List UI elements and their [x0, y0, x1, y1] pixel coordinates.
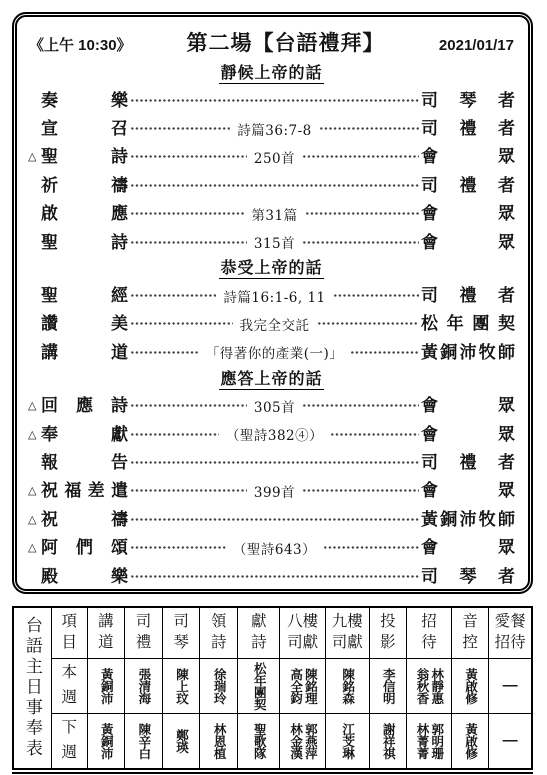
- roster-column-header-text: 講道: [97, 612, 115, 654]
- row-performer-label: 司禮者: [421, 287, 515, 304]
- row-performer-label: 黃銅沛牧師: [421, 344, 515, 361]
- roster-column-header: 八樓司獻: [280, 607, 325, 659]
- person-name: 翁秋香: [415, 668, 428, 704]
- service-date: 2021/01/17: [404, 37, 514, 54]
- row-performer-label: 會眾: [421, 234, 515, 251]
- roster-week1-row: 本週黃銅沛張清海陳上玟徐瑞玲松年團契陳銘理高全鈞陳銘森李信明林靜惠翁秋香黃啟修—: [13, 659, 532, 714]
- roster-week-label: 本週: [51, 659, 87, 714]
- roster-name-cell: 鄭瑛: [163, 714, 200, 770]
- row-prefix-triangle: △: [28, 513, 41, 526]
- row-item-label: 祝禱: [41, 511, 128, 528]
- roster-column-header-text: 投影: [379, 612, 397, 654]
- person-name: 郭燕萍: [304, 723, 317, 759]
- service-row: △祝禱黃銅沛牧師: [27, 505, 516, 533]
- row-item-label: 聖詩: [41, 234, 128, 251]
- person-name: 徐瑞玲: [212, 668, 225, 704]
- service-row: △祝福差遣399首會眾: [27, 477, 516, 505]
- dotted-leader: [130, 182, 419, 189]
- roster-column-header: 講道: [87, 607, 124, 659]
- row-item-label: 祈禱: [41, 177, 128, 194]
- row-item-label: 報告: [41, 454, 128, 471]
- row-prefix-triangle: △: [28, 428, 41, 441]
- dotted-leader: [130, 320, 233, 327]
- roster-name-cell: —: [489, 659, 532, 714]
- roster-name-cell: 陳銘理高全鈞: [280, 659, 325, 714]
- row-center-text: 詩篇16:1-6, 11: [218, 286, 330, 306]
- roster-column-header-text: 九樓司獻: [329, 612, 365, 654]
- service-row: 祈禱司禮者: [27, 171, 516, 199]
- roster-name-cell: 聖歌隊: [238, 714, 280, 770]
- row-performer-label: 會眾: [421, 205, 515, 222]
- name-columns: 松年團契: [238, 662, 279, 710]
- row-performer-label: 會眾: [421, 539, 515, 556]
- row-performer-label: 松年團契: [421, 315, 515, 332]
- section-heading: 靜候上帝的話: [27, 61, 516, 86]
- name-columns: 鄭瑛: [163, 729, 199, 753]
- name-columns: 陳上玟: [163, 668, 199, 704]
- dotted-leader: [302, 239, 419, 246]
- roster-column-header-text: 音控: [461, 612, 479, 654]
- name-columns: 聖歌隊: [238, 723, 279, 759]
- duty-roster: 台語主日事奉表 項目講道司禮司琴領詩獻詩八樓司獻九樓司獻投影招待音控愛餐招待 本…: [12, 606, 533, 774]
- service-row: △回應詩305首會眾: [27, 392, 516, 420]
- person-name: 陳辛白: [137, 723, 150, 759]
- name-columns: —: [489, 678, 531, 693]
- row-item-label: 讚美: [41, 315, 128, 332]
- dotted-leader: [130, 402, 247, 409]
- row-center-text: 315首: [249, 232, 300, 252]
- person-name: 林靜惠: [430, 668, 443, 704]
- row-item-label: 阿們頌: [41, 539, 128, 556]
- person-name: 松年團契: [253, 662, 266, 710]
- section-heading-text: 應答上帝的話: [219, 371, 323, 390]
- roster-name-cell: 陳銘森: [325, 659, 369, 714]
- row-item-label: 講道: [41, 344, 128, 361]
- row-item-label: 奏樂: [41, 92, 128, 109]
- name-columns: 張清海: [125, 668, 162, 704]
- person-name: 聖歌隊: [253, 723, 266, 759]
- roster-week2-row: 下週黃銅沛陳辛白鄭瑛林恩植聖歌隊郭燕萍林金漢江芠琳謝祥祺郭明珊林菁菁黃啟修—: [13, 714, 532, 770]
- dotted-leader: [350, 349, 419, 356]
- roster-week-label-text: 下週: [60, 716, 78, 766]
- roster-header-row: 台語主日事奉表 項目講道司禮司琴領詩獻詩八樓司獻九樓司獻投影招待音控愛餐招待: [13, 607, 532, 659]
- roster-name-cell: 黃啟修: [452, 659, 489, 714]
- roster-name-cell: 張清海: [124, 659, 162, 714]
- name-columns: 郭明珊林菁菁: [407, 723, 451, 759]
- person-name: 林金漢: [289, 723, 302, 759]
- roster-week-label: 下週: [51, 714, 87, 770]
- row-item-label: 啟應: [41, 205, 128, 222]
- roster-week-label-text: 本週: [60, 661, 78, 711]
- row-center-text: 「得著你的產業(一)」: [201, 342, 349, 362]
- dotted-leader: [130, 544, 226, 551]
- roster-column-header-text: 八樓司獻: [285, 612, 321, 654]
- roster-column-header: 領詩: [200, 607, 238, 659]
- roster-name-cell: 林恩植: [200, 714, 238, 770]
- name-columns: 黃銅沛: [88, 723, 124, 759]
- dotted-leader: [319, 125, 419, 132]
- person-name: 鄭瑛: [175, 729, 188, 753]
- row-center-text: 305首: [249, 396, 300, 416]
- service-row: 講道「得著你的產業(一)」黃銅沛牧師: [27, 338, 516, 366]
- row-center-text: （聖詩382④）: [221, 424, 328, 444]
- row-center-text: 詩篇36:7-8: [232, 119, 316, 139]
- service-row: 奏樂司琴者: [27, 86, 516, 114]
- name-columns: 李信明: [370, 668, 406, 704]
- roster-column-header-text: 司禮: [135, 612, 153, 654]
- roster-title-text: 台語主日事奉表: [24, 616, 41, 760]
- dotted-leader: [130, 292, 216, 299]
- roster-column-header: 九樓司獻: [325, 607, 369, 659]
- person-name: 江芠琳: [341, 723, 354, 759]
- name-columns: —: [489, 733, 531, 748]
- person-name: 林恩植: [212, 723, 225, 759]
- empty-dash: —: [503, 678, 518, 693]
- roster-name-cell: 陳上玟: [163, 659, 200, 714]
- row-center-text: （聖詩643）: [228, 538, 321, 558]
- person-name: 陳銘理: [304, 668, 317, 704]
- row-center-text: 第31篇: [246, 204, 302, 224]
- row-prefix-triangle: △: [28, 399, 41, 412]
- roster-name-cell: 郭燕萍林金漢: [280, 714, 325, 770]
- dotted-leader: [302, 402, 419, 409]
- name-columns: 林靜惠翁秋香: [407, 668, 451, 704]
- person-name: 黃啟修: [464, 668, 477, 704]
- empty-dash: —: [503, 733, 518, 748]
- person-name: 陳上玟: [175, 668, 188, 704]
- row-item-label: 聖經: [41, 287, 128, 304]
- name-columns: 謝祥祺: [370, 723, 406, 759]
- person-name: 高全鈞: [289, 668, 302, 704]
- name-columns: 林恩植: [200, 723, 237, 759]
- row-item-label: 聖詩: [41, 148, 128, 165]
- section-heading: 恭受上帝的話: [27, 256, 516, 281]
- row-item-label: 奉獻: [41, 426, 128, 443]
- roster-name-cell: 謝祥祺: [369, 714, 406, 770]
- person-name: 謝祥祺: [382, 723, 395, 759]
- roster-name-cell: 黃銅沛: [87, 659, 124, 714]
- dotted-leader: [130, 516, 419, 523]
- service-title: 第二場【台語禮拜】: [167, 27, 404, 57]
- dotted-leader: [130, 239, 247, 246]
- dotted-leader: [130, 153, 247, 160]
- row-center-text: 我完全交託: [235, 314, 315, 334]
- person-name: 黃銅沛: [99, 723, 112, 759]
- roster-name-cell: 林靜惠翁秋香: [406, 659, 451, 714]
- person-name: 黃銅沛: [99, 668, 112, 704]
- dotted-leader: [323, 544, 419, 551]
- name-columns: 黃啟修: [452, 723, 488, 759]
- dotted-leader: [330, 431, 419, 438]
- row-center-text: 399首: [249, 481, 300, 501]
- name-columns: 陳銘森: [326, 668, 369, 704]
- person-name: 李信明: [382, 668, 395, 704]
- service-row: △聖詩250首會眾: [27, 143, 516, 171]
- card-header: 《上午 10:30》 第二場【台語禮拜】 2021/01/17: [29, 27, 514, 57]
- service-row: △奉獻（聖詩382④）會眾: [27, 420, 516, 448]
- roster-column-header: 愛餐招待: [489, 607, 532, 659]
- row-performer-label: 會眾: [421, 397, 515, 414]
- roster-title-cell: 台語主日事奉表: [13, 607, 51, 769]
- roster-name-cell: 徐瑞玲: [200, 659, 238, 714]
- dotted-leader: [333, 292, 419, 299]
- name-columns: 陳銘理高全鈞: [280, 668, 324, 704]
- roster-column-header-text: 招待: [420, 612, 438, 654]
- roster-name-cell: 黃銅沛: [87, 714, 124, 770]
- dotted-leader: [130, 487, 247, 494]
- roster-column-header: 獻詩: [238, 607, 280, 659]
- row-prefix-triangle: △: [28, 484, 41, 497]
- roster-column-header: 項目: [51, 607, 87, 659]
- service-row: 聖經詩篇16:1-6, 11司禮者: [27, 281, 516, 309]
- name-columns: 郭燕萍林金漢: [280, 723, 324, 759]
- dotted-leader: [305, 210, 419, 217]
- row-prefix-triangle: △: [28, 541, 41, 554]
- person-name: 陳銘森: [341, 668, 354, 704]
- row-performer-label: 司琴者: [421, 92, 515, 109]
- roster-column-header: 司禮: [124, 607, 162, 659]
- service-program-card: 《上午 10:30》 第二場【台語禮拜】 2021/01/17 靜候上帝的話奏樂…: [12, 12, 533, 594]
- roster-name-cell: 江芠琳: [325, 714, 369, 770]
- roster-column-header: 招待: [406, 607, 451, 659]
- bulletin-page: 《上午 10:30》 第二場【台語禮拜】 2021/01/17 靜候上帝的話奏樂…: [0, 0, 547, 775]
- roster-column-header-text: 獻詩: [250, 612, 268, 654]
- service-sections: 靜候上帝的話奏樂司琴者宣召詩篇36:7-8司禮者△聖詩250首會眾祈禱司禮者啟應…: [27, 61, 516, 590]
- roster-column-header-text: 領詩: [210, 612, 228, 654]
- section-heading: 應答上帝的話: [27, 367, 516, 392]
- row-performer-label: 會眾: [421, 148, 515, 165]
- person-name: 郭明珊: [430, 723, 443, 759]
- roster-table: 台語主日事奉表 項目講道司禮司琴領詩獻詩八樓司獻九樓司獻投影招待音控愛餐招待 本…: [12, 606, 533, 770]
- roster-name-cell: —: [489, 714, 532, 770]
- row-item-label: 宣召: [41, 120, 128, 137]
- service-row: 宣召詩篇36:7-8司禮者: [27, 114, 516, 142]
- row-item-label: 殿樂: [41, 568, 128, 585]
- roster-column-header: 音控: [452, 607, 489, 659]
- dotted-leader: [302, 487, 419, 494]
- row-performer-label: 司禮者: [421, 454, 515, 471]
- service-row: 啟應第31篇會眾: [27, 200, 516, 228]
- row-performer-label: 司琴者: [421, 568, 515, 585]
- name-columns: 江芠琳: [326, 723, 369, 759]
- roster-column-header-text: 項目: [60, 612, 78, 654]
- person-name: 張清海: [137, 668, 150, 704]
- roster-name-cell: 黃啟修: [452, 714, 489, 770]
- row-item-label: 回應詩: [41, 397, 128, 414]
- service-time: 《上午 10:30》: [29, 34, 167, 55]
- roster-column-header: 司琴: [163, 607, 200, 659]
- service-row: 報告司禮者: [27, 448, 516, 476]
- dotted-leader: [302, 153, 419, 160]
- name-columns: 黃銅沛: [88, 668, 124, 704]
- row-center-text: 250首: [249, 147, 300, 167]
- section-heading-text: 靜候上帝的話: [219, 65, 323, 84]
- name-columns: 徐瑞玲: [200, 668, 237, 704]
- row-item-label: 祝福差遣: [41, 482, 128, 499]
- row-performer-label: 會眾: [421, 482, 515, 499]
- dotted-leader: [130, 459, 419, 466]
- roster-name-cell: 李信明: [369, 659, 406, 714]
- roster-column-header: 投影: [369, 607, 406, 659]
- service-row: 殿樂司琴者: [27, 562, 516, 590]
- row-prefix-triangle: △: [28, 150, 41, 163]
- roster-name-cell: 陳辛白: [124, 714, 162, 770]
- dotted-leader: [130, 97, 419, 104]
- dotted-leader: [130, 431, 219, 438]
- dotted-leader: [130, 573, 419, 580]
- row-performer-label: 司禮者: [421, 177, 515, 194]
- dotted-leader: [130, 125, 230, 132]
- service-row: 聖詩315首會眾: [27, 228, 516, 256]
- name-columns: 黃啟修: [452, 668, 488, 704]
- person-name: 林菁菁: [415, 723, 428, 759]
- row-performer-label: 黃銅沛牧師: [421, 511, 515, 528]
- roster-column-header-text: 司琴: [172, 612, 190, 654]
- dotted-leader: [130, 210, 244, 217]
- section-heading-text: 恭受上帝的話: [219, 260, 323, 279]
- service-row: △阿們頌（聖詩643）會眾: [27, 533, 516, 561]
- name-columns: 陳辛白: [125, 723, 162, 759]
- row-performer-label: 會眾: [421, 426, 515, 443]
- dotted-leader: [317, 320, 420, 327]
- dotted-leader: [130, 349, 199, 356]
- roster-column-header-text: 愛餐招待: [492, 612, 528, 654]
- person-name: 黃啟修: [464, 723, 477, 759]
- service-row: 讚美我完全交託松年團契: [27, 310, 516, 338]
- roster-name-cell: 郭明珊林菁菁: [406, 714, 451, 770]
- roster-name-cell: 松年團契: [238, 659, 280, 714]
- row-performer-label: 司禮者: [421, 120, 515, 137]
